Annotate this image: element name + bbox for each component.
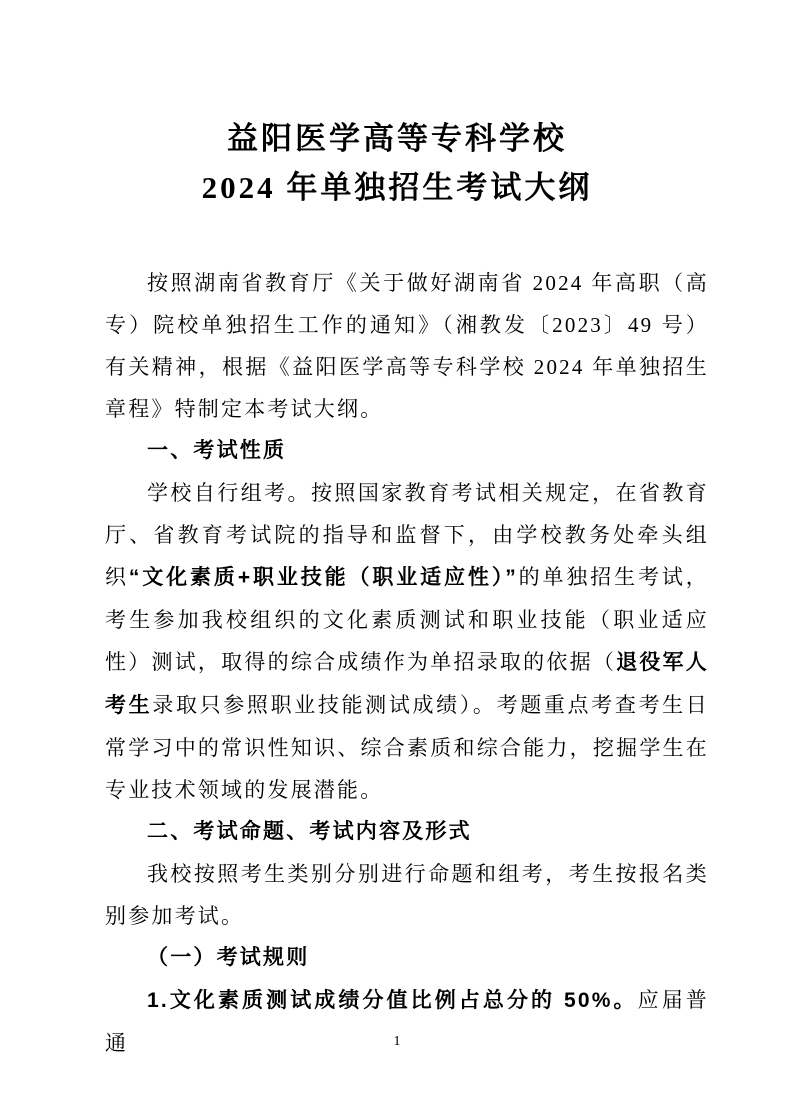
section-heading: 一、考试性质 (105, 430, 709, 472)
document-body: 按照湖南省教育厅《关于做好湖南省 2024 年高职（高专）院校单独招生工作的通知… (105, 262, 709, 1064)
section-heading: （一）考试规则 (105, 937, 709, 979)
text-run-bold: 二、考试命题、考试内容及形式 (147, 820, 472, 843)
text-run-bold: “文化素质+职业技能（职业适应性）” (129, 566, 518, 589)
paragraph: 我校按照考生类别分别进行命题和组考，考生按报名类别参加考试。 (105, 853, 709, 937)
text-run-bold: （一）考试规则 (147, 946, 309, 969)
text-run: 按照湖南省教育厅《关于做好湖南省 2024 年高职（高专）院校单独招生工作的通知… (105, 271, 709, 421)
document-title-line2: 2024 年单独招生考试大纲 (0, 163, 794, 212)
paragraph: 按照湖南省教育厅《关于做好湖南省 2024 年高职（高专）院校单独招生工作的通知… (105, 262, 709, 430)
paragraph: 学校自行组考。按照国家教育考试相关规定，在省教育厅、省教育考试院的指导和监督下，… (105, 472, 709, 811)
page-number: 1 (0, 1034, 794, 1050)
document-title-line1: 益阳医学高等专科学校 (0, 114, 794, 163)
text-run: 录取只参照职业技能测试成绩）。考题重点考查考生日常学习中的常识性知识、综合素质和… (105, 693, 709, 802)
text-run: 我校按照考生类别分别进行命题和组考，考生按报名类别参加考试。 (105, 862, 709, 928)
document-title: 益阳医学高等专科学校 2024 年单独招生考试大纲 (0, 0, 794, 212)
text-run-bold: 一、考试性质 (147, 439, 286, 462)
document-page: 益阳医学高等专科学校 2024 年单独招生考试大纲 按照湖南省教育厅《关于做好湖… (0, 0, 794, 1108)
section-heading: 二、考试命题、考试内容及形式 (105, 811, 709, 853)
paragraph: 1.文化素质测试成绩分值比例占总分的 50%。应届普通 (105, 979, 709, 1064)
text-run-bold: 1.文化素质测试成绩分值比例占总分的 50%。 (147, 989, 638, 1012)
